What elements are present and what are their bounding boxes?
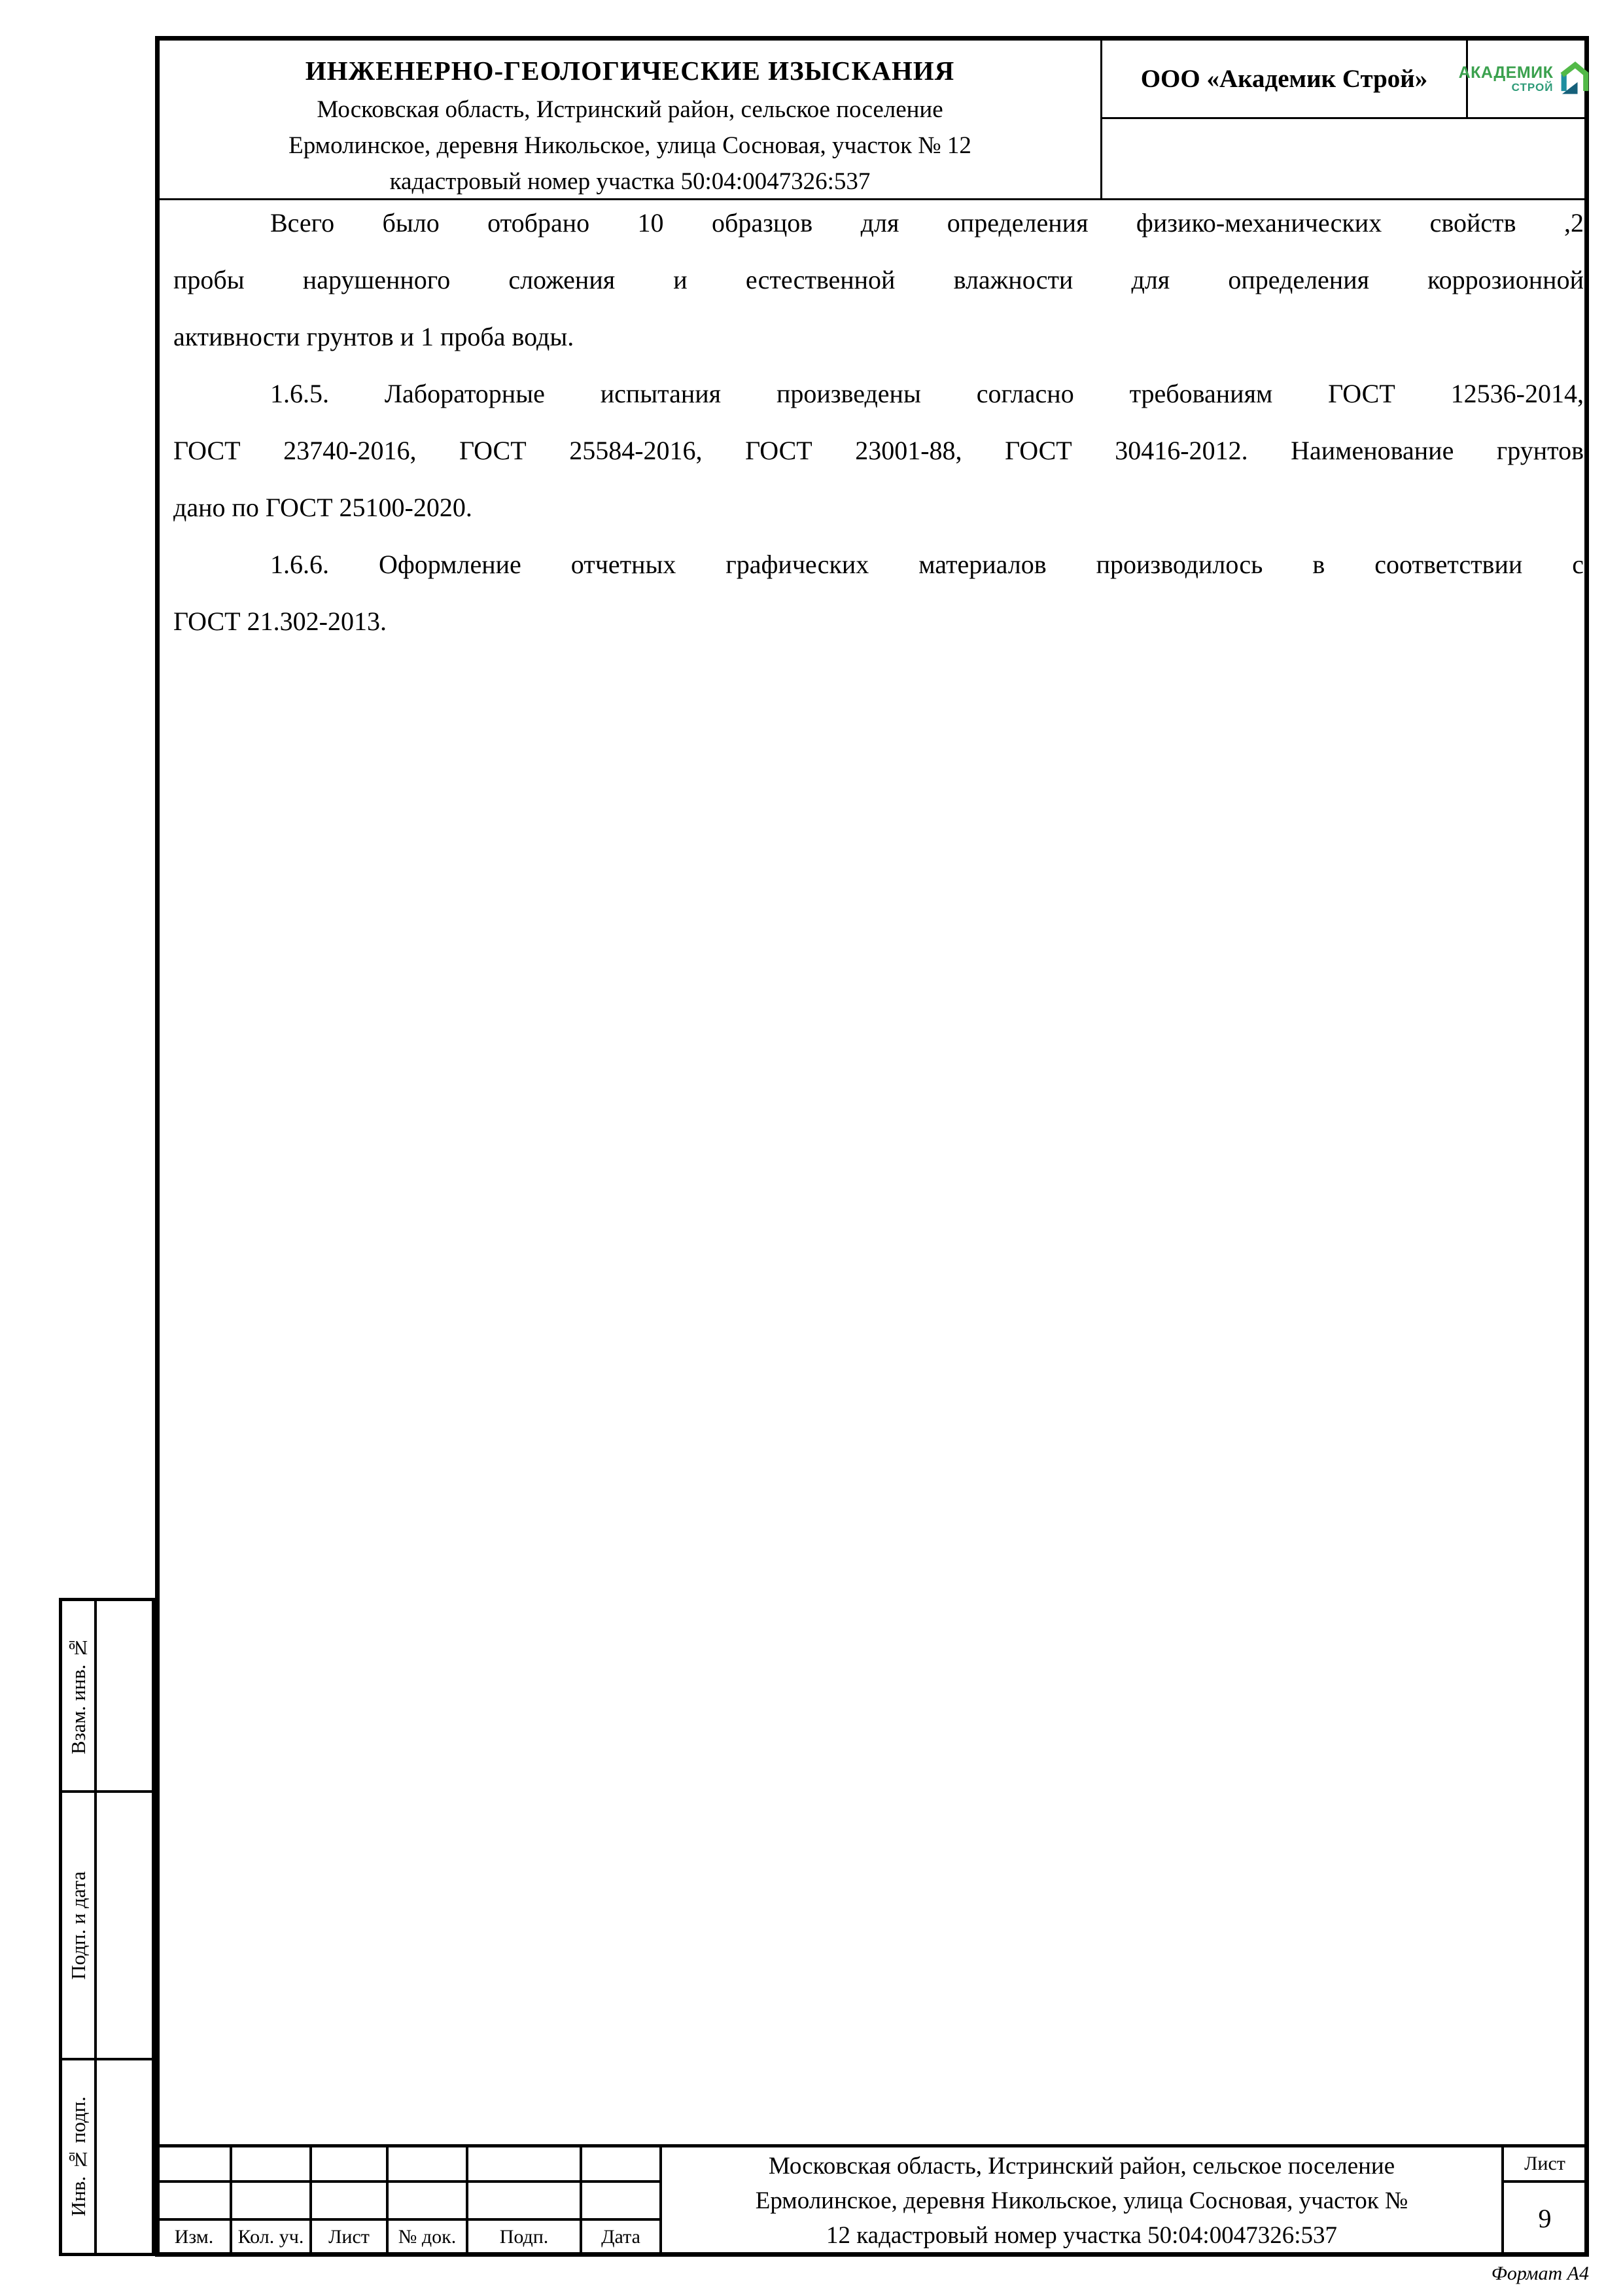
- header-empty-cell: [1102, 119, 1584, 198]
- sidebar-cell-podp: Подп. и дата: [62, 1793, 152, 2060]
- sidebar-empty-cell: [97, 1793, 152, 2058]
- sidebar-label-cell: Взам. инв. №: [62, 1601, 97, 1790]
- report-subtitle-line: Московская область, Истринский район, се…: [160, 92, 1100, 128]
- stamp-col-podp: Подп.: [468, 2221, 582, 2253]
- text-line: ГОСТ 23740-2016, ГОСТ 25584-2016, ГОСТ 2…: [173, 422, 1584, 479]
- stamp-col-data: Дата: [582, 2221, 662, 2253]
- report-title-cell: ИНЖЕНЕРНО-ГЕОЛОГИЧЕСКИЕ ИЗЫСКАНИЯ Москов…: [160, 41, 1102, 198]
- stamp-empty-cell: [582, 2147, 662, 2183]
- stamp-empty-cell: [312, 2147, 389, 2183]
- text-line: 1.6.5. Лабораторные испытания произведен…: [173, 365, 1584, 422]
- stamp-empty-cell: [468, 2147, 582, 2183]
- stamp-empty-cell: [389, 2147, 468, 2183]
- company-name: ООО «Академик Строй»: [1102, 41, 1466, 117]
- stamp-empty-cell: [389, 2183, 468, 2221]
- company-logo: АКАДЕМИК СТРОЙ: [1459, 59, 1594, 99]
- house-logo-icon: [1556, 59, 1594, 99]
- text-line: активности грунтов и 1 проба воды.: [173, 308, 1584, 365]
- stamp-address-line: 12 кадастровый номер участка 50:04:00473…: [826, 2218, 1337, 2253]
- sidebar-empty-cell: [97, 2060, 152, 2253]
- sidebar-label-vzam-inv: Взам. инв. №: [67, 1636, 90, 1754]
- company-logo-cell: АКАДЕМИК СТРОЙ: [1466, 41, 1584, 117]
- header-block: ИНЖЕНЕРНО-ГЕОЛОГИЧЕСКИЕ ИЗЫСКАНИЯ Москов…: [160, 41, 1584, 200]
- paragraph-samples: Всего было отобрано 10 образцов для опре…: [173, 194, 1584, 365]
- paragraph-1-6-5: 1.6.5. Лабораторные испытания произведен…: [173, 365, 1584, 536]
- logo-text-block: АКАДЕМИК СТРОЙ: [1459, 63, 1554, 94]
- text-line: дано по ГОСТ 25100-2020.: [173, 479, 1584, 536]
- sidebar-frame: Взам. инв. № Подп. и дата Инв. № подп.: [59, 1598, 155, 2256]
- sidebar-cell-inv: Инв. № подп.: [62, 2060, 152, 2253]
- sidebar-cell-vzam: Взам. инв. №: [62, 1601, 152, 1793]
- stamp-address-line: Ермолинское, деревня Никольское, улица С…: [756, 2183, 1408, 2218]
- document-page: Взам. инв. № Подп. и дата Инв. № подп. И…: [0, 0, 1623, 2296]
- text-line: пробы нарушенного сложения и естественно…: [173, 251, 1584, 308]
- stamp-empty-cell: [582, 2183, 662, 2221]
- stamp-col-doc: № док.: [389, 2221, 468, 2253]
- stamp-col-izm: Изм.: [158, 2221, 232, 2253]
- stamp-col-list: Лист: [312, 2221, 389, 2253]
- body-text-block: Всего было отобрано 10 образцов для опре…: [173, 194, 1584, 650]
- stamp-empty-cell: [312, 2183, 389, 2221]
- text-line: ГОСТ 21.302-2013.: [173, 593, 1584, 650]
- text-line: Всего было отобрано 10 образцов для опре…: [173, 194, 1584, 251]
- logo-text-akademik: АКАДЕМИК: [1459, 63, 1554, 82]
- stamp-col-kol-uch: Кол. уч.: [232, 2221, 312, 2253]
- stamp-empty-cell: [232, 2147, 312, 2183]
- stamp-address-cell: Московская область, Истринский район, се…: [662, 2147, 1504, 2253]
- report-subtitle-line: Ермолинское, деревня Никольское, улица С…: [160, 128, 1100, 164]
- sidebar-label-cell: Подп. и дата: [62, 1793, 97, 2058]
- stamp-table: Изм. Кол. уч. Лист № док. Подп. Дата Мос…: [155, 2144, 1589, 2257]
- sidebar-label-inv-podp: Инв. № подп.: [67, 2096, 90, 2216]
- sidebar-label-cell: Инв. № подп.: [62, 2060, 97, 2253]
- stamp-address-line: Московская область, Истринский район, се…: [769, 2149, 1395, 2183]
- logo-text-stroy: СТРОЙ: [1512, 81, 1554, 94]
- stamp-empty-cell: [158, 2183, 232, 2221]
- paragraph-1-6-6: 1.6.6. Оформление отчетных графических м…: [173, 536, 1584, 650]
- stamp-empty-cell: [468, 2183, 582, 2221]
- sheet-label: Лист: [1504, 2147, 1586, 2183]
- company-row: ООО «Академик Строй» АКАДЕМИК СТРОЙ: [1102, 41, 1584, 119]
- sidebar-empty-cell: [97, 1601, 152, 1790]
- format-a4-note: Формат А4: [1492, 2263, 1589, 2285]
- sidebar-label-podp-data: Подп. и дата: [67, 1871, 90, 1980]
- report-title: ИНЖЕНЕРНО-ГЕОЛОГИЧЕСКИЕ ИЗЫСКАНИЯ: [160, 50, 1100, 92]
- stamp-empty-cell: [158, 2147, 232, 2183]
- sheet-number: 9: [1504, 2183, 1586, 2253]
- text-line: 1.6.6. Оформление отчетных графических м…: [173, 536, 1584, 593]
- stamp-empty-cell: [232, 2183, 312, 2221]
- header-right-block: ООО «Академик Строй» АКАДЕМИК СТРОЙ: [1102, 41, 1584, 198]
